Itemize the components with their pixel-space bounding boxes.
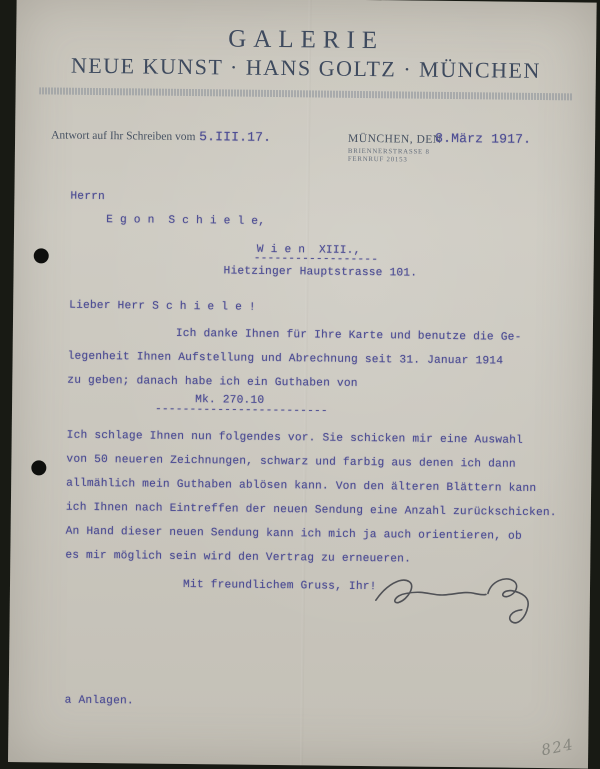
punch-hole-bottom bbox=[31, 460, 46, 475]
scanned-letter: GALERIE NEUE KUNST · HANS GOLTZ · MÜNCHE… bbox=[0, 0, 600, 769]
body-line: Ich danke Ihnen für Ihre Karte und benut… bbox=[176, 328, 522, 344]
greeting-line: Lieber Herr S c h i e l e ! bbox=[69, 300, 256, 314]
body-line: zu geben; danach habe ich ein Guthaben v… bbox=[67, 375, 357, 390]
body-line: von 50 neueren Zeichnungen, schwarz und … bbox=[66, 454, 515, 471]
reference-date-value: 5.III.17. bbox=[199, 129, 271, 145]
body-line: ich Ihnen nach Eintreffen der neuen Send… bbox=[66, 502, 557, 520]
recipient-city-underline: ------------------ bbox=[254, 253, 379, 266]
recipient-title: Herrn bbox=[70, 191, 105, 203]
enclosure-note: a Anlagen. bbox=[65, 695, 134, 708]
signature-scrawl bbox=[370, 568, 561, 630]
amount-underline: ------------------------- bbox=[155, 404, 328, 418]
punch-hole-top bbox=[34, 248, 49, 263]
recipient-name: E g o n S c h i e l e, bbox=[106, 214, 265, 228]
letter-paper: GALERIE NEUE KUNST · HANS GOLTZ · MÜNCHE… bbox=[8, 0, 597, 769]
body-line: es mir möglich sein wird den Vertrag zu … bbox=[65, 550, 411, 566]
reference-label: Antwort auf Ihr Schreiben vom bbox=[51, 129, 195, 143]
letterhead-divider-rule bbox=[40, 87, 572, 100]
letterhead-phone-line: FERNRUF 20153 bbox=[348, 156, 408, 164]
body-line: An Hand dieser neuen Sendung kann ich mi… bbox=[66, 526, 522, 543]
dateline-date-value: 8.März 1917. bbox=[435, 131, 531, 147]
letterhead-subtitle: NEUE KUNST · HANS GOLTZ · MÜNCHEN bbox=[16, 52, 596, 85]
recipient-street: Hietzinger Hauptstrasse 101. bbox=[224, 265, 418, 279]
page-number-annotation: 824 bbox=[540, 735, 576, 759]
closing-line: Mit freundlichem Gruss, Ihr! bbox=[183, 579, 377, 593]
body-line: Ich schlage Ihnen nun folgendes vor. Sie… bbox=[67, 430, 523, 447]
body-line: allmählich mein Guthaben ablösen kann. V… bbox=[66, 478, 536, 495]
body-line: legenheit Ihnen Aufstellung und Abrechnu… bbox=[68, 351, 504, 368]
dateline-place-label: MÜNCHEN, DEN bbox=[348, 133, 442, 146]
letterhead-street-line: BRIENNERSTRASSE 8 bbox=[348, 148, 430, 156]
